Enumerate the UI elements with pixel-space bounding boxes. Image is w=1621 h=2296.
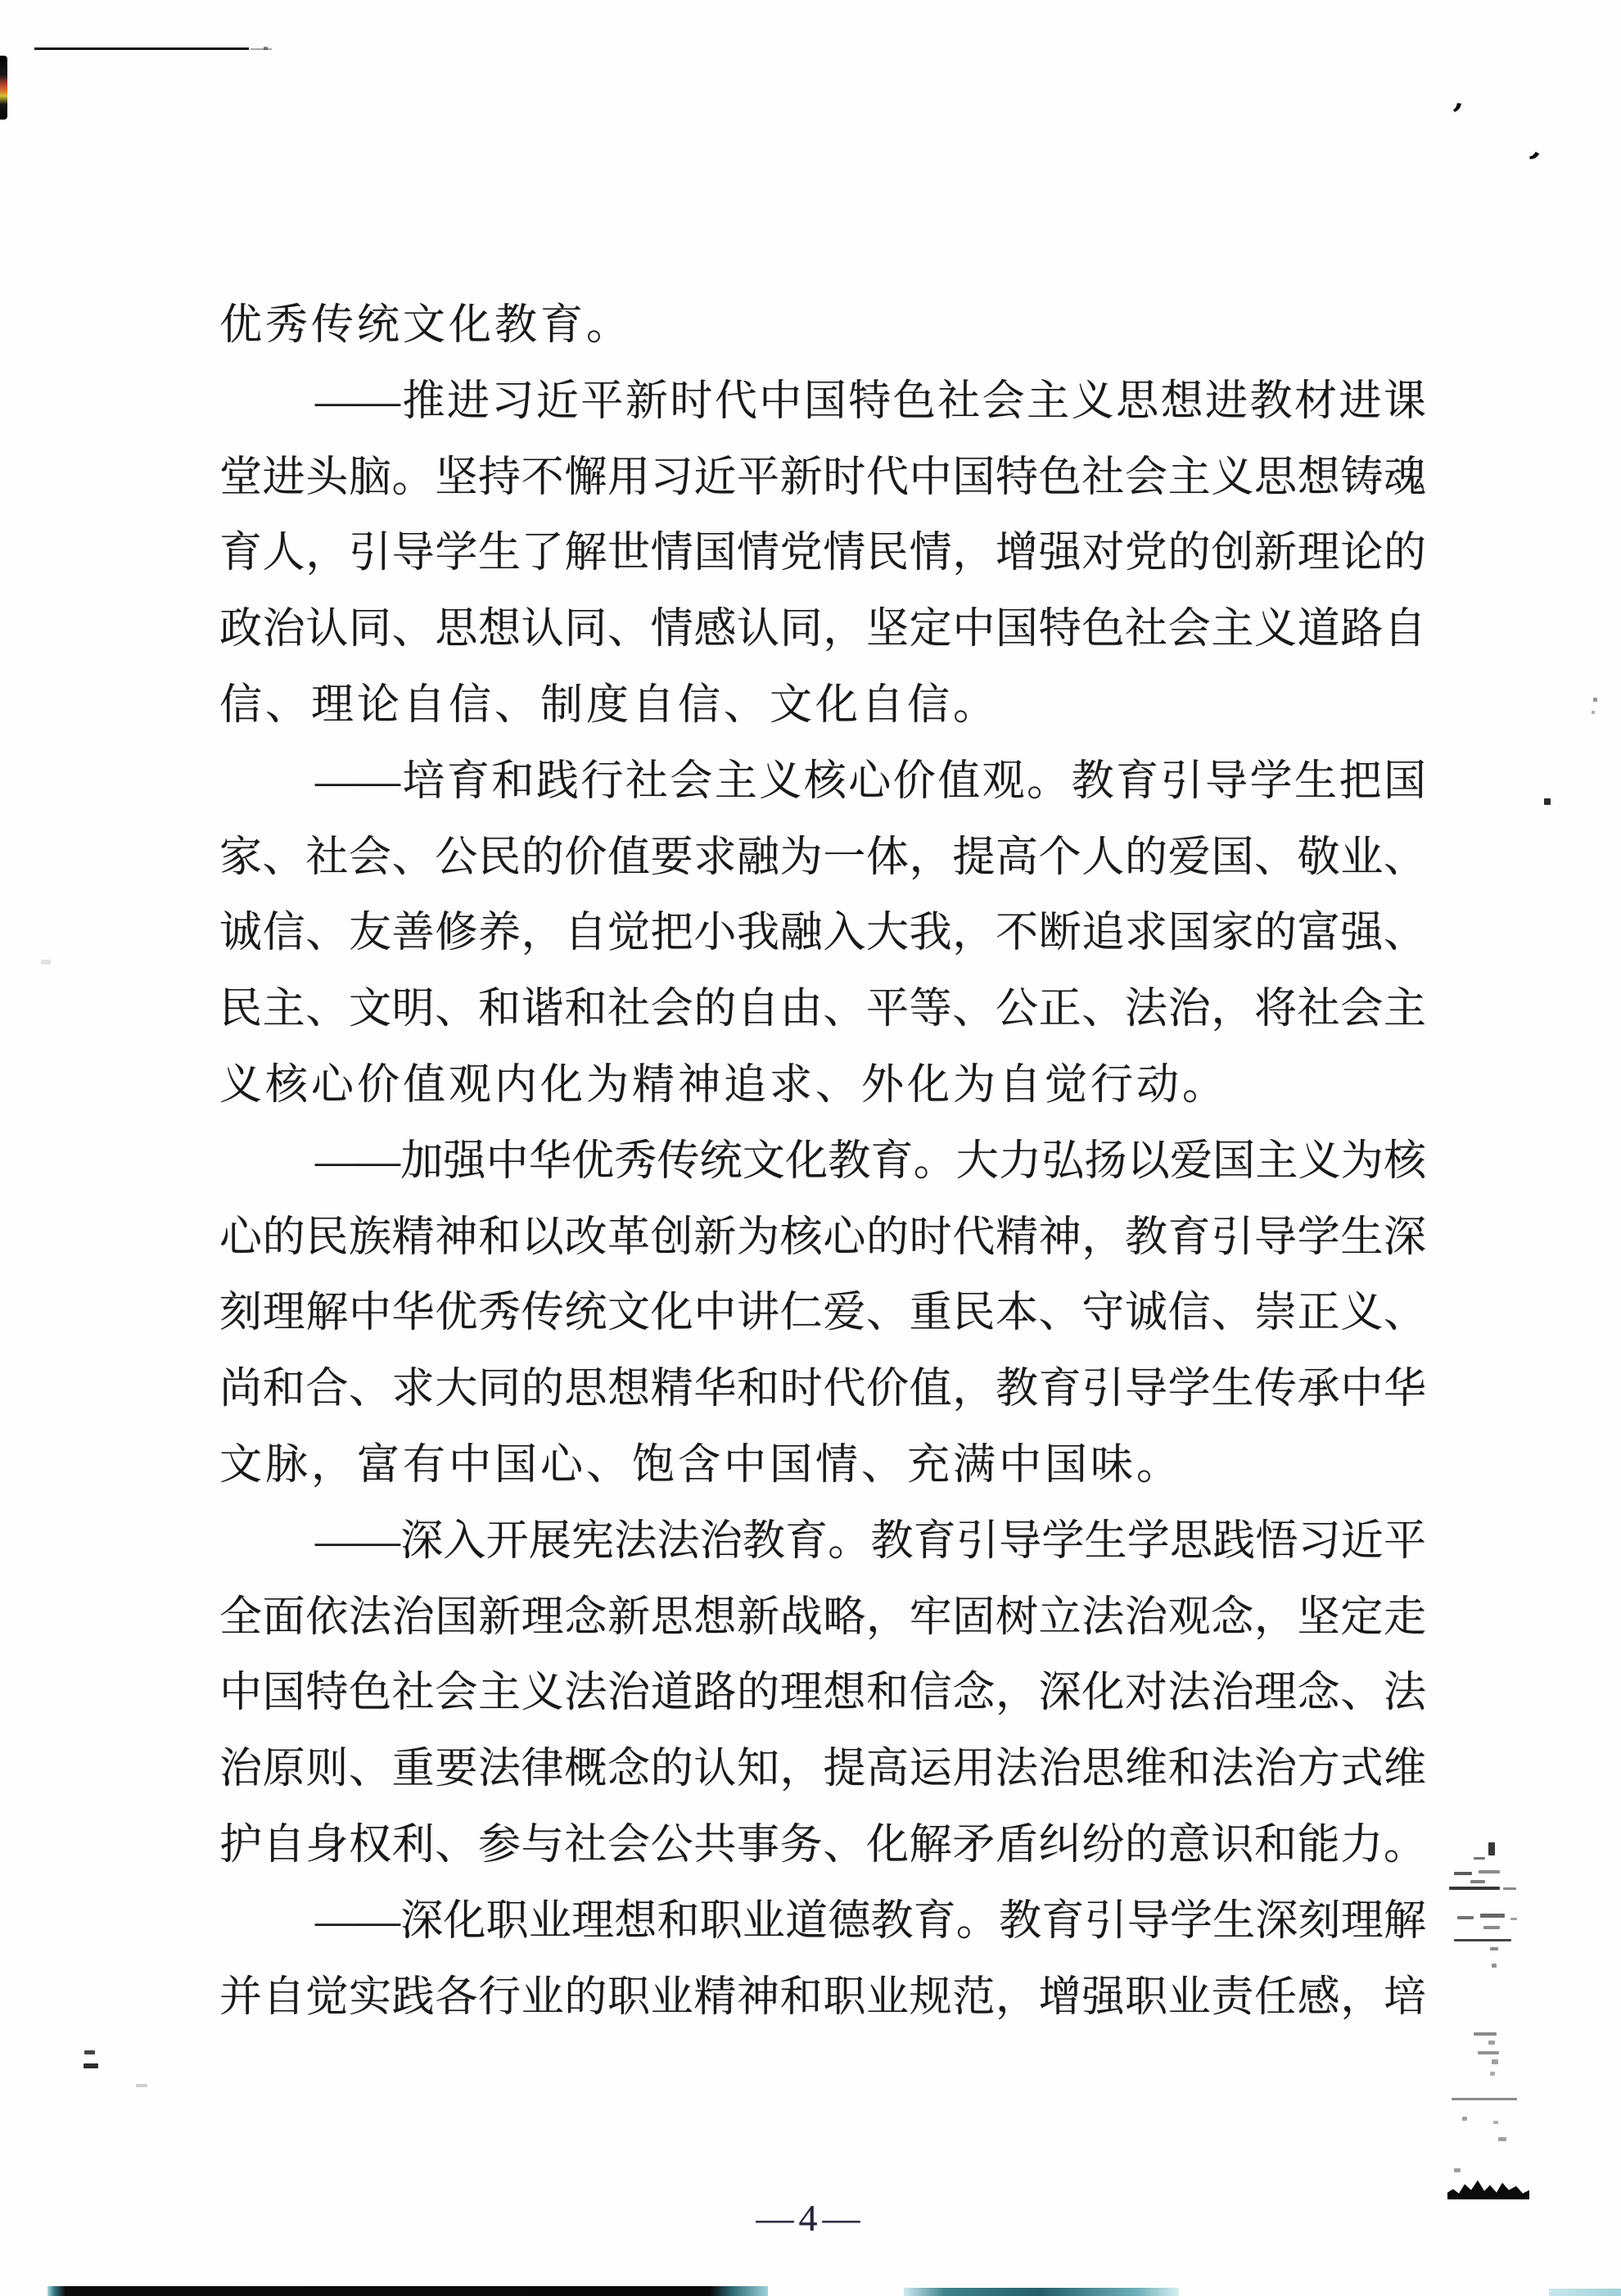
scan-artifact-speck (1449, 1887, 1500, 1890)
scanned-document-page: ’ ’ 优秀传统文化教育。——推进习近平新时代中国特色社会主义思想进教材进课堂进… (0, 0, 1621, 2296)
text-line: 治原则、重要法律概念的认知，提高运用法治思维和法治方式维 (219, 1732, 1426, 1808)
scan-artifact-speck (1490, 2072, 1495, 2076)
text-line: 全面依法治国新理念新思想新战略，牢固树立法治观念，坚定走 (219, 1580, 1426, 1656)
scan-artifact-speck (1503, 1887, 1516, 1890)
scan-artifact-top-line-extension (251, 48, 272, 50)
scan-artifact-speck (84, 2063, 98, 2068)
scan-artifact-speck (1492, 2059, 1498, 2064)
scan-artifact-speck (84, 2050, 95, 2054)
text-line: ——培育和践行社会主义核心价值观。教育引导学生把国 (219, 744, 1426, 820)
text-line: ——加强中华优秀传统文化教育。大力弘扬以爱国主义为核 (219, 1124, 1426, 1200)
scan-artifact-speck (1490, 1947, 1498, 1950)
scan-artifact-speck (1492, 1964, 1497, 1968)
scan-artifact-speck (1593, 698, 1597, 702)
scan-artifact-speck (1454, 1872, 1472, 1875)
scan-artifact-speck (1478, 2051, 1499, 2054)
scan-artifact-comma-mark: ’ (1448, 99, 1464, 133)
text-line: 诚信、友善修养，自觉把小我融入大我，不断追求国家的富强、 (219, 896, 1426, 972)
scan-artifact-speck (1488, 1842, 1495, 1855)
text-line: 刻理解中华优秀传统文化中讲仁爱、重民本、守诚信、崇正义、 (219, 1276, 1426, 1352)
text-line: 中国特色社会主义法治道路的理想和信念，深化对法治理念、法 (219, 1656, 1426, 1732)
scan-artifact-speck (1462, 2117, 1467, 2121)
scan-artifact-left-edge-blob (0, 56, 7, 120)
scan-artifact-speck (1474, 1857, 1485, 1860)
text-line: 信、理论自信、制度自信、文化自信。 (219, 668, 1426, 744)
scan-artifact-speck (1488, 2041, 1495, 2045)
scan-artifact-speck (1454, 1939, 1511, 1941)
text-line: 尚和合、求大同的思想精华和时代价值，教育引导学生传承中华 (219, 1352, 1426, 1428)
scan-artifact-speck (136, 2084, 147, 2087)
scan-artifact-speck (1493, 2121, 1498, 2124)
page-number-label: —4— (756, 2197, 865, 2239)
scan-artifact-speck (1452, 2098, 1517, 2100)
text-line: 堂进头脑。坚持不懈用习近平新时代中国特色社会主义思想铸魂 (219, 441, 1426, 517)
text-line: 并自觉实践各行业的职业精神和职业规范，增强职业责任感，培 (219, 1960, 1426, 2036)
scan-artifact-speck (1483, 1926, 1500, 1929)
text-line: 心的民族精神和以改革创新为核心的时代精神，教育引导学生深 (219, 1200, 1426, 1277)
scan-artifact-speck (1498, 2137, 1506, 2141)
scan-artifact-bottom-band (1549, 2289, 1621, 2296)
scan-artifact-speck (41, 960, 51, 965)
text-line: ——推进习近平新时代中国特色社会主义思想进教材进课 (219, 364, 1426, 441)
scan-artifact-speck (1457, 1916, 1474, 1919)
text-line: ——深入开展宪法法治教育。教育引导学生学思践悟习近平 (219, 1504, 1426, 1580)
scan-artifact-bottom-band (904, 2288, 1179, 2296)
scan-artifact-smudge (1447, 2175, 1529, 2199)
text-line: 家、社会、公民的价值要求融为一体，提高个人的爱国、敬业、 (219, 820, 1426, 897)
text-line: 优秀传统文化教育。 (219, 288, 1426, 364)
text-line: 育人，引导学生了解世情国情党情民情，增强对党的创新理论的 (219, 516, 1426, 592)
scan-artifact-speck (1454, 2168, 1461, 2172)
text-line: ——深化职业理想和职业道德教育。教育引导学生深刻理解 (219, 1884, 1426, 1960)
text-line: 义核心价值观内化为精神追求、外化为自觉行动。 (219, 1048, 1426, 1124)
text-line: 护自身权利、参与社会公共事务、化解矛盾纠纷的意识和能力。 (219, 1808, 1426, 1884)
scan-artifact-bottom-band (47, 2286, 768, 2296)
document-body: 优秀传统文化教育。——推进习近平新时代中国特色社会主义思想进教材进课堂进头脑。坚… (219, 288, 1426, 2036)
scan-artifact-dot (264, 47, 268, 50)
scan-artifact-speck (1510, 1918, 1517, 1920)
text-line: 政治认同、思想认同、情感认同，坚定中国特色社会主义道路自 (219, 592, 1426, 668)
scan-artifact-top-line (34, 47, 249, 50)
text-line: 民主、文明、和谐和社会的自由、平等、公正、法治，将社会主 (219, 972, 1426, 1048)
scan-artifact-speck (1474, 2032, 1497, 2036)
text-line: 文脉，富有中国心、饱含中国情、充满中国味。 (219, 1428, 1426, 1504)
page-number: —4— (0, 2196, 1621, 2240)
scan-artifact-comma-mark: ’ (1517, 147, 1543, 181)
scan-artifact-speck (1479, 1870, 1500, 1873)
scan-artifact-speck (1592, 711, 1595, 714)
scan-artifact-speck (1480, 1914, 1505, 1918)
scan-artifact-speck (1544, 798, 1551, 805)
scan-artifact-speck (1470, 1880, 1485, 1883)
